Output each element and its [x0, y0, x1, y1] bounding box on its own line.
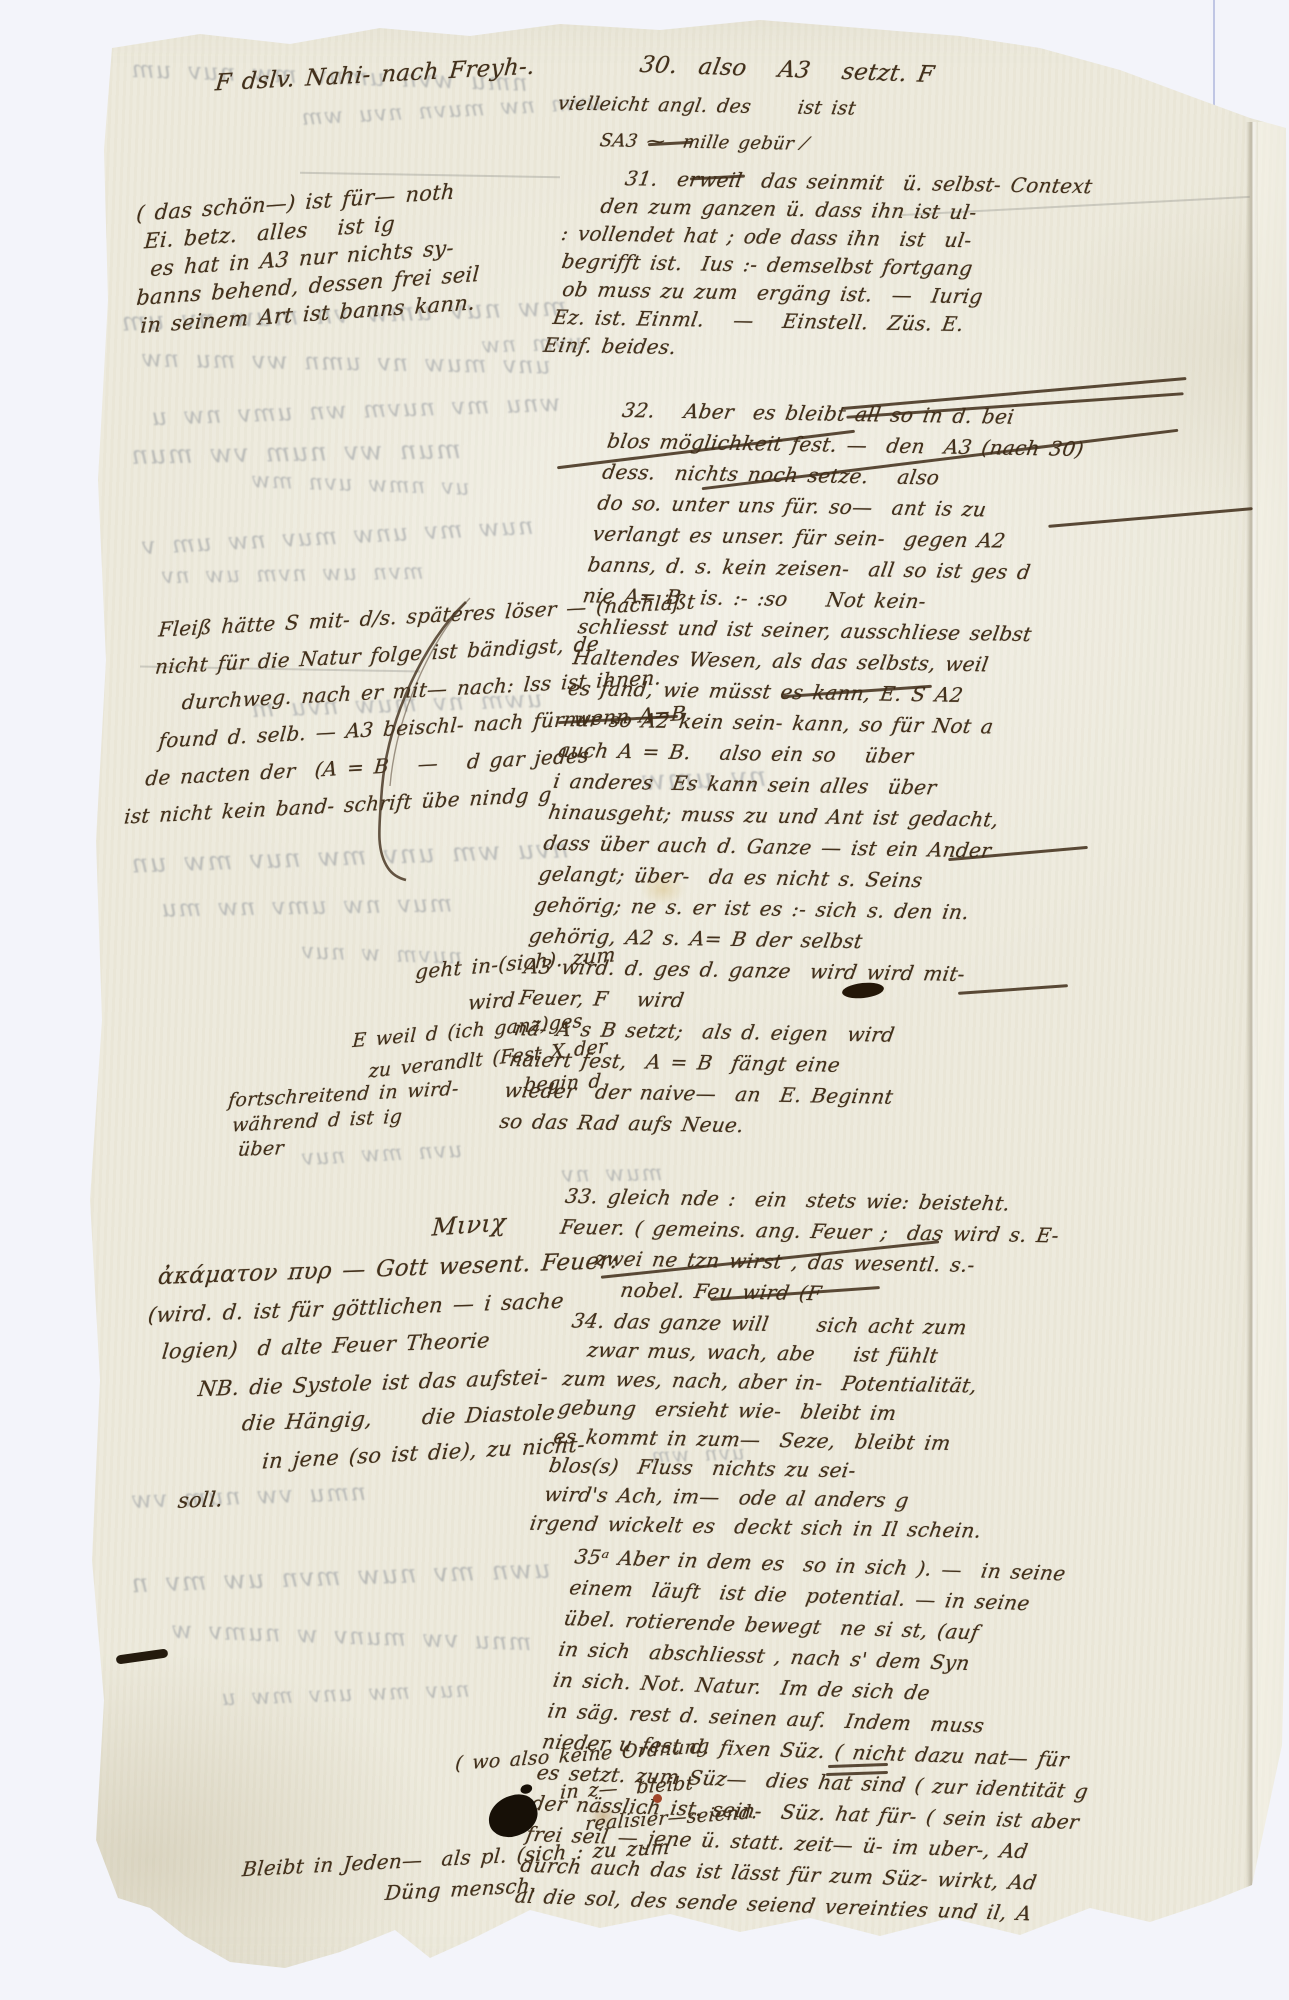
scanned-manuscript: nmu wvn umnv mw nuv umuvm nw muvn nvu wm…: [0, 0, 1289, 2000]
margin-brace: [0, 0, 1289, 2000]
manuscript-page: nmu wvn umnv mw nuv umuvm nw muvn nvu wm…: [0, 0, 1289, 2000]
backdrop-sheet-edge: [1213, 0, 1215, 118]
red-ink-dot: [653, 1794, 662, 1803]
